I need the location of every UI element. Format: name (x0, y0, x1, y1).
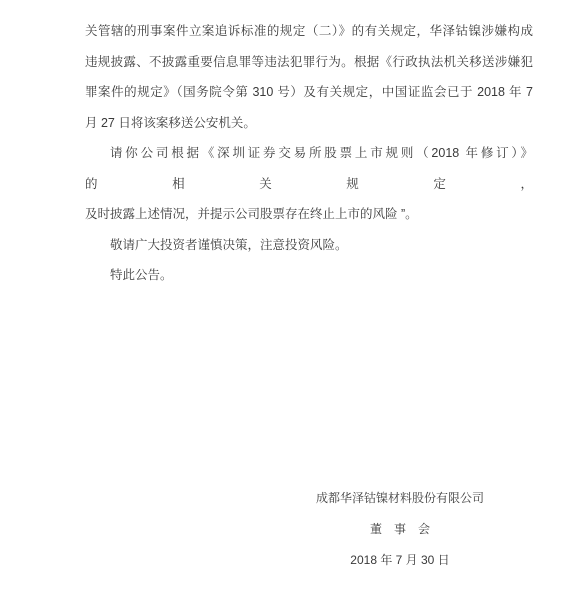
body-line: 关管辖的刑事案件立案追诉标准的规定（二）》的有关规定，华泽钴镍涉嫌构成 (85, 16, 533, 47)
announcement-body: 关管辖的刑事案件立案追诉标准的规定（二）》的有关规定，华泽钴镍涉嫌构成 违规披露… (85, 16, 533, 291)
body-line: 月 27 日将该案移送公安机关。 (85, 108, 533, 139)
body-line: 请你公司根据《深圳证券交易所股票上市规则（2018 年修订）》的相关规定， (85, 138, 533, 199)
body-line: 特此公告。 (85, 260, 533, 291)
signature-block: 成都华泽钴镍材料股份有限公司 董 事 会 2018 年 7 月 30 日 (300, 483, 500, 576)
body-line: 违规披露、不披露重要信息罪等违法犯罪行为。根据《行政执法机关移送涉嫌犯 (85, 47, 533, 78)
body-line: 及时披露上述情况，并提示公司股票存在终止上市的风险 ”。 (85, 199, 533, 230)
document-page: 关管辖的刑事案件立案追诉标准的规定（二）》的有关规定，华泽钴镍涉嫌构成 违规披露… (0, 0, 586, 591)
signature-date: 2018 年 7 月 30 日 (300, 545, 500, 576)
signature-company-name: 成都华泽钴镍材料股份有限公司 (300, 483, 500, 514)
signature-board: 董 事 会 (300, 514, 500, 545)
body-line: 罪案件的规定》（国务院令第 310 号）及有关规定，中国证监会已于 2018 年… (85, 77, 533, 108)
body-line: 敬请广大投资者谨慎决策，注意投资风险。 (85, 230, 533, 261)
